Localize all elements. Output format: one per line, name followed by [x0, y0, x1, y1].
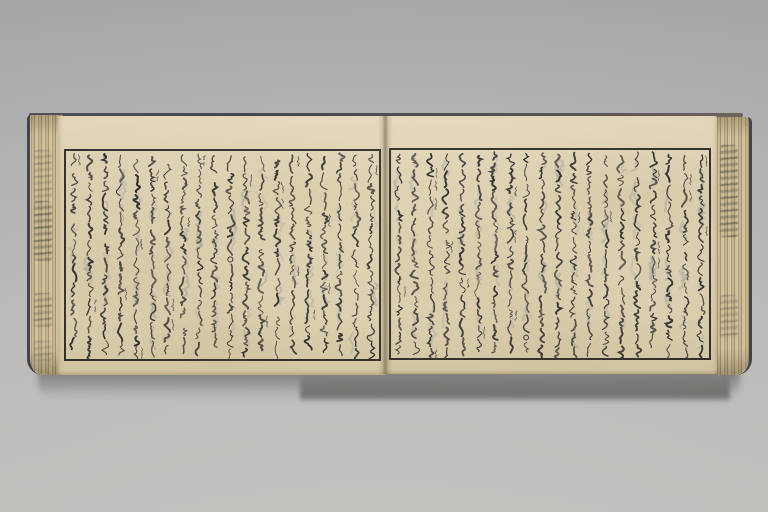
- text-column: [258, 156, 268, 350]
- text-column: [304, 154, 314, 350]
- text-column: [320, 157, 330, 352]
- text-column: [666, 155, 673, 358]
- text-column: [491, 152, 498, 353]
- text-column: [196, 154, 206, 355]
- bleed-through-text: [69, 164, 377, 354]
- text-frame-right: [389, 148, 711, 360]
- fore-edge-ink-smudge: [34, 341, 52, 361]
- text-column: [459, 154, 469, 356]
- open-book: [27, 113, 749, 377]
- fore-edge-right-page-stack: [716, 117, 752, 375]
- fore-edge-ink-smudge: [34, 293, 52, 327]
- fore-edge-ink-smudge: [34, 150, 52, 200]
- text-column: [555, 155, 562, 358]
- text-column: [697, 155, 707, 358]
- fore-edge-ink-smudge: [34, 201, 52, 261]
- text-column: [442, 154, 453, 358]
- text-column: [475, 156, 485, 351]
- photo-of-open-book: [0, 0, 768, 512]
- page-right: [385, 116, 717, 374]
- text-column: [522, 154, 529, 352]
- text-column: [180, 155, 190, 353]
- calligraphy-columns-left: [66, 151, 379, 359]
- text-column: [87, 155, 97, 359]
- text-column: [367, 155, 377, 359]
- text-column: [243, 157, 252, 357]
- text-column: [538, 153, 546, 358]
- text-column: [617, 156, 625, 358]
- fore-edge-ink-smudge: [720, 295, 738, 339]
- bleed-through-text: [394, 154, 705, 349]
- calligraphy-columns-right: [391, 150, 709, 358]
- text-column: [570, 153, 580, 358]
- text-column: [682, 156, 692, 358]
- text-frame-left: [64, 149, 381, 361]
- fore-edge-ink-smudge: [720, 145, 738, 237]
- text-column: [133, 160, 142, 359]
- page-left: [58, 116, 385, 375]
